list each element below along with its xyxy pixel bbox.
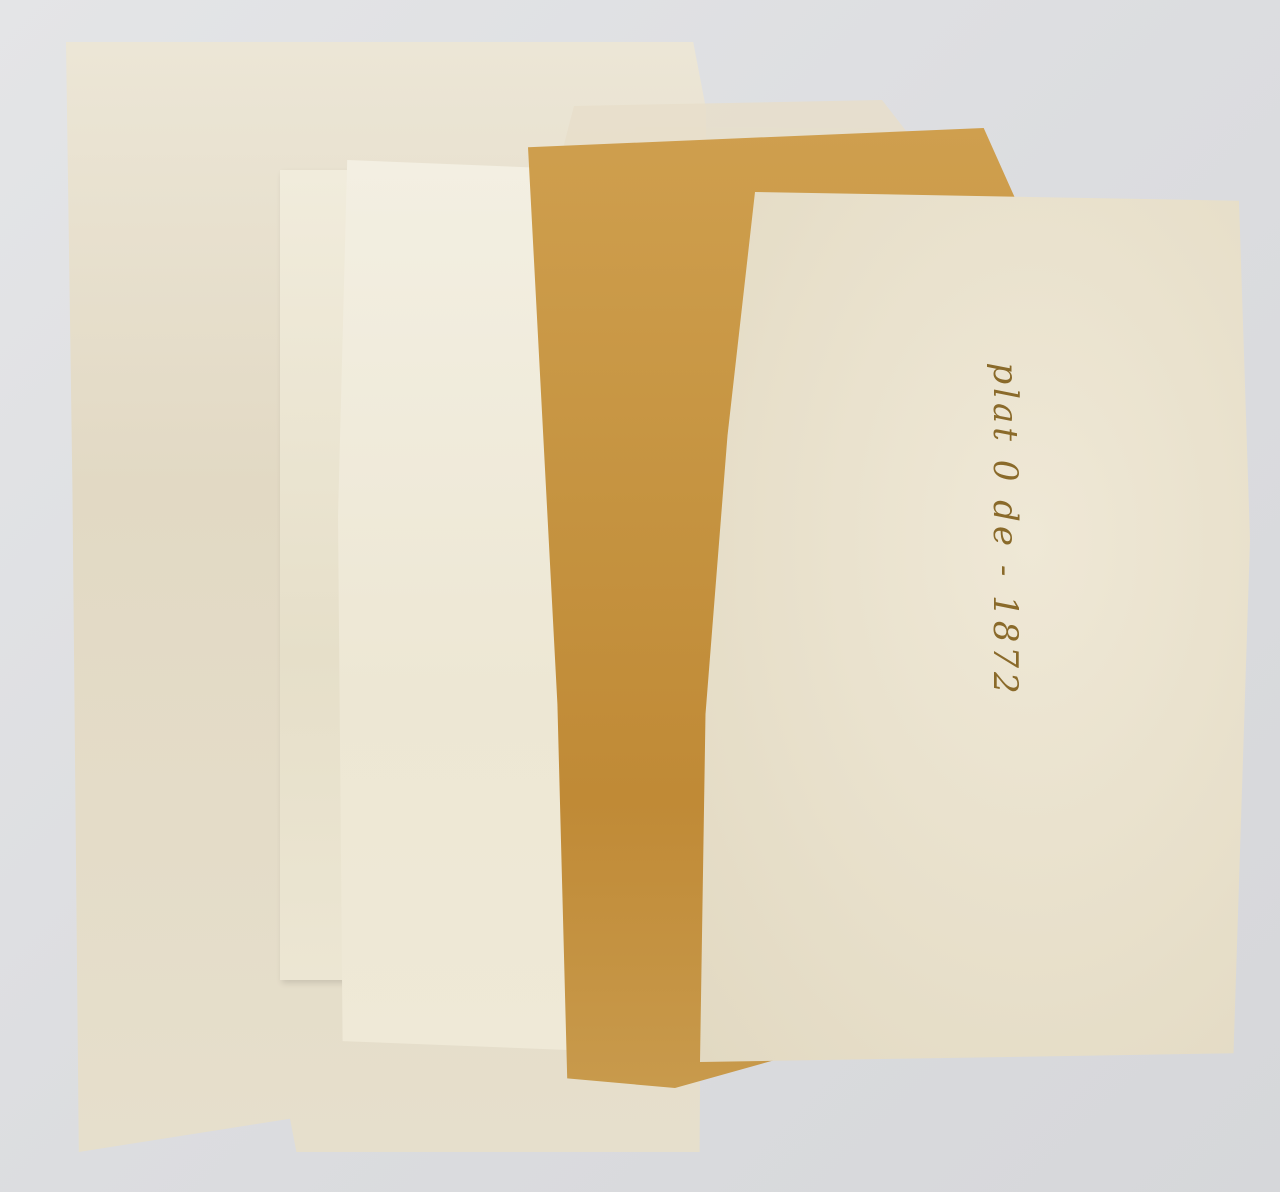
- middle-tissue-sheet-right: [338, 160, 568, 1050]
- front-folded-paper: [700, 192, 1250, 1062]
- handwritten-inscription: plat 0 de - 1872: [985, 362, 1025, 697]
